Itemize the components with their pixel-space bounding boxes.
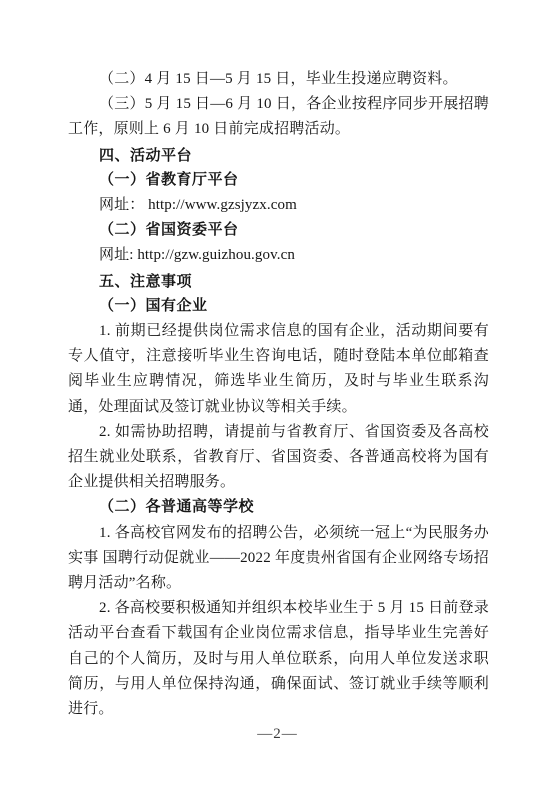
document-content: （二）4 月 15 日—5 月 15 日，毕业生投递应聘资料。（三）5 月 15…: [68, 67, 489, 722]
document-page: （二）4 月 15 日—5 月 15 日，毕业生投递应聘资料。（三）5 月 15…: [0, 0, 555, 785]
subsection-heading: （一）省教育厅平台: [68, 168, 489, 193]
page-number: —2—: [0, 722, 555, 747]
url-line: 网址: http://gzw.guizhou.gov.cn: [68, 243, 489, 268]
section-heading: 四、活动平台: [68, 143, 489, 168]
subsection-heading: （一）国有企业: [68, 294, 489, 319]
paragraph: 1. 前期已经提供岗位需求信息的国有企业，活动期间要有专人值守，注意接听毕业生咨…: [68, 319, 489, 420]
paragraph: 2. 如需协助招聘，请提前与省教育厅、省国资委及各高校招生就业处联系，省教育厅、…: [68, 420, 489, 496]
subsection-heading: （二）各普通高等学校: [68, 495, 489, 520]
url-line: 网址： http://www.gzsjyzx.com: [68, 193, 489, 218]
paragraph: 1. 各高校官网发布的招聘公告，必须统一冠上“为民服务办实事 国聘行动促就业——…: [68, 521, 489, 597]
section-heading: 五、注意事项: [68, 269, 489, 294]
paragraph: 2. 各高校要积极通知并组织本校毕业生于 5 月 15 日前登录活动平台查看下载…: [68, 596, 489, 722]
paragraph: （二）4 月 15 日—5 月 15 日，毕业生投递应聘资料。: [68, 67, 489, 92]
paragraph: （三）5 月 15 日—6 月 10 日，各企业按程序同步开展招聘工作，原则上 …: [68, 92, 489, 142]
subsection-heading: （二）省国资委平台: [68, 218, 489, 243]
